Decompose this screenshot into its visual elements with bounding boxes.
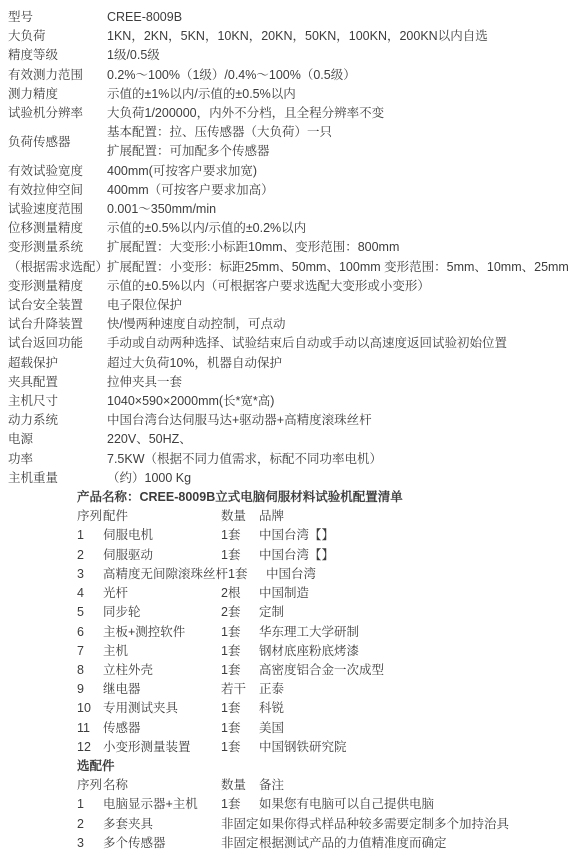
spec-value: 示值的±1%以内/示值的±0.5%以内: [107, 85, 586, 104]
row-no: 11: [77, 719, 103, 738]
row-qty: 1套: [221, 546, 259, 565]
row-no: 1: [77, 526, 103, 545]
row-no: 1: [77, 795, 103, 814]
spec-row-fixture-config: 夹具配置 拉伸夹具一套: [8, 373, 586, 392]
spec-row-speed-range: 试验速度范围 0.001～350mm/min: [8, 200, 586, 219]
row-qty: 1套: [221, 719, 259, 738]
spec-value: 电子限位保护: [107, 296, 586, 315]
spec-value: 220V、50HZ、: [107, 430, 586, 449]
row-qty: 1套: [221, 699, 259, 718]
spec-label: 精度等级: [8, 46, 107, 65]
spec-label: 试台升降装置: [8, 315, 107, 334]
spec-row-model: 型号 CREE-8009B: [8, 8, 586, 27]
spec-value: （约）1000 Kg: [107, 469, 586, 488]
spec-value-line: 扩展配置：小变形：标距25mm、50mm、100mm 变形范围：5mm、10mm…: [107, 258, 586, 277]
config-list-title: 产品名称：CREE-8009B立式电脑伺服材料试验机配置清单: [77, 488, 586, 507]
spec-value: 400mm（可按客户要求加高）: [107, 181, 586, 200]
spec-value: 超过大负荷10%，机器自动保护: [107, 354, 586, 373]
spec-row-resolution: 试验机分辨率 大负荷1/200000，内外不分档，且全程分辨率不变: [8, 104, 586, 123]
row-remark: 如果您有电脑可以自己提供电脑: [259, 795, 434, 814]
spec-label: 有效拉伸空间: [8, 181, 107, 200]
row-remark: 根据测试产品的力值精准度而确定: [259, 834, 447, 853]
config-list-header: 序列 配件 数量 品牌: [77, 507, 586, 526]
row-qty: 1套: [221, 661, 259, 680]
config-row: 8 立柱外壳 1套 高密度铝合金一次成型: [77, 661, 586, 680]
spec-row-deformation-system: 变形测量系统 （根据需求选配） 扩展配置：大变形:小标距10mm、变形范围：80…: [8, 238, 586, 276]
spec-value: 0.001～350mm/min: [107, 200, 586, 219]
config-row: 10 专用测试夹具 1套 科锐: [77, 699, 586, 718]
row-no: 3: [77, 834, 103, 853]
row-name: 立柱外壳: [103, 661, 221, 680]
row-no: 10: [77, 699, 103, 718]
row-name: 主板+测控软件: [103, 623, 221, 642]
row-name: 伺服驱动: [103, 546, 221, 565]
spec-label: 动力系统: [8, 411, 107, 430]
spec-label: 夹具配置: [8, 373, 107, 392]
spec-label: 主机重量: [8, 469, 107, 488]
config-row: 3 高精度无间隙滚珠丝杆 1套 中国台湾: [77, 565, 586, 584]
spec-table: 型号 CREE-8009B 大负荷 1KN，2KN，5KN，10KN，20KN，…: [8, 8, 586, 488]
spec-value: 快/慢两种速度自动控制，可点动: [107, 315, 586, 334]
config-row: 6 主板+测控软件 1套 华东理工大学研制: [77, 623, 586, 642]
spec-label: 超载保护: [8, 354, 107, 373]
spec-row-safety-device: 试台安全装置 电子限位保护: [8, 296, 586, 315]
row-no: 9: [77, 680, 103, 699]
config-row: 4 光杆 2根 中国制造: [77, 584, 586, 603]
spec-label: 测力精度: [8, 85, 107, 104]
row-no: 6: [77, 623, 103, 642]
spec-label: 功率: [8, 450, 107, 469]
spec-row-power-supply: 电源 220V、50HZ、: [8, 430, 586, 449]
spec-label: 变形测量系统 （根据需求选配）: [8, 238, 107, 276]
header-remark: 备注: [259, 776, 284, 795]
spec-label: 变形测量精度: [8, 277, 107, 296]
row-qty: 1套: [221, 795, 259, 814]
row-name: 主机: [103, 642, 221, 661]
row-brand: 中国钢铁研究院: [259, 738, 347, 757]
row-no: 5: [77, 603, 103, 622]
spec-row-accuracy-class: 精度等级 1级/0.5级: [8, 46, 586, 65]
row-brand: 中国台湾【】: [259, 546, 334, 565]
row-brand: 中国台湾【】: [259, 526, 334, 545]
spec-label-line: （根据需求选配）: [8, 258, 107, 277]
spec-label: 有效试验宽度: [8, 162, 107, 181]
row-no: 2: [77, 546, 103, 565]
row-qty: 1套: [221, 623, 259, 642]
row-name: 多个传感器: [103, 834, 221, 853]
header-qty: 数量: [221, 507, 259, 526]
row-remark: 如果你得式样品种较多需要定制多个加持治具: [259, 815, 509, 834]
spec-value: 示值的±0.5%以内/示值的±0.2%以内: [107, 219, 586, 238]
spec-row-force-range: 有效测力范围 0.2%～100%（1级）/0.4%～100%（0.5级）: [8, 66, 586, 85]
spec-label: 型号: [8, 8, 107, 27]
spec-value: 手动或自动两种选择、试验结束后自动或手动以高速度返回试验初始位置: [107, 334, 586, 353]
row-brand: 钢材底座粉底烤漆: [259, 642, 359, 661]
header-brand: 品牌: [259, 507, 284, 526]
config-row: 1 伺服电机 1套 中国台湾【】: [77, 526, 586, 545]
row-no: 3: [77, 565, 103, 584]
row-name: 多套夹具: [103, 815, 221, 834]
header-name: 名称: [103, 776, 221, 795]
spec-row-deformation-accuracy: 变形测量精度 示值的±0.5%以内（可根据客户要求选配大变形或小变形）: [8, 277, 586, 296]
row-brand: 正泰: [259, 680, 284, 699]
spec-label: 试台安全装置: [8, 296, 107, 315]
spec-row-power-rating: 功率 7.5KW（根据不同力值需求，标配不同功率电机）: [8, 450, 586, 469]
row-qty: 1套: [228, 565, 266, 584]
row-qty: 非固定: [221, 815, 259, 834]
spec-row-max-load: 大负荷 1KN，2KN，5KN，10KN，20KN，50KN，100KN，200…: [8, 27, 586, 46]
row-name: 电脑显示器+主机: [103, 795, 221, 814]
spec-row-overload-protection: 超载保护 超过大负荷10%，机器自动保护: [8, 354, 586, 373]
optional-row: 2 多套夹具 非固定 如果你得式样品种较多需要定制多个加持治具: [77, 815, 586, 834]
row-qty: 1套: [221, 642, 259, 661]
row-name: 传感器: [103, 719, 221, 738]
config-row: 12 小变形测量装置 1套 中国钢铁研究院: [77, 738, 586, 757]
spec-value: 扩展配置：大变形:小标距10mm、变形范围：800mm 扩展配置：小变形：标距2…: [107, 238, 586, 276]
row-name: 小变形测量装置: [103, 738, 221, 757]
spec-row-lift-device: 试台升降装置 快/慢两种速度自动控制，可点动: [8, 315, 586, 334]
header-name: 配件: [103, 507, 221, 526]
spec-value: 1级/0.5级: [107, 46, 586, 65]
config-row: 2 伺服驱动 1套 中国台湾【】: [77, 546, 586, 565]
spec-label: 位移测量精度: [8, 219, 107, 238]
spec-label: 试验机分辨率: [8, 104, 107, 123]
spec-row-machine-size: 主机尺寸 1040×590×2000mm(长*宽*高): [8, 392, 586, 411]
spec-value: 400mm(可按客户要求加宽): [107, 162, 586, 181]
spec-label-line: 变形测量系统: [8, 238, 107, 257]
optional-list-header: 序列 名称 数量 备注: [77, 776, 586, 795]
spec-value: 中国台湾台达伺服马达+驱动器+高精度滚珠丝杆: [107, 411, 586, 430]
row-qty: 非固定: [221, 834, 259, 853]
row-no: 4: [77, 584, 103, 603]
row-brand: 华东理工大学研制: [259, 623, 359, 642]
optional-row: 3 多个传感器 非固定 根据测试产品的力值精准度而确定: [77, 834, 586, 853]
row-name: 同步轮: [103, 603, 221, 622]
row-brand: 科锐: [259, 699, 284, 718]
spec-value: CREE-8009B: [107, 8, 586, 27]
optional-row: 1 电脑显示器+主机 1套 如果您有电脑可以自己提供电脑: [77, 795, 586, 814]
spec-value: 0.2%～100%（1级）/0.4%～100%（0.5级）: [107, 66, 586, 85]
spec-label: 试验速度范围: [8, 200, 107, 219]
spec-row-power-system: 动力系统 中国台湾台达伺服马达+驱动器+高精度滚珠丝杆: [8, 411, 586, 430]
row-no: 7: [77, 642, 103, 661]
row-name: 高精度无间隙滚珠丝杆: [103, 565, 228, 584]
spec-value: 基本配置：拉、压传感器（大负荷）一只 扩展配置：可加配多个传感器: [107, 123, 586, 161]
spec-label: 主机尺寸: [8, 392, 107, 411]
row-brand: 高密度铝合金一次成型: [259, 661, 384, 680]
spec-row-return-function: 试台返回功能 手动或自动两种选择、试验结束后自动或手动以高速度返回试验初始位置: [8, 334, 586, 353]
config-row: 11 传感器 1套 美国: [77, 719, 586, 738]
spec-row-displacement-accuracy: 位移测量精度 示值的±0.5%以内/示值的±0.2%以内: [8, 219, 586, 238]
row-brand: 中国台湾: [266, 565, 316, 584]
row-qty: 1套: [221, 526, 259, 545]
spec-row-force-accuracy: 测力精度 示值的±1%以内/示值的±0.5%以内: [8, 85, 586, 104]
row-no: 2: [77, 815, 103, 834]
spec-value: 拉伸夹具一套: [107, 373, 586, 392]
optional-list-title: 选配件: [77, 757, 586, 776]
header-no: 序列: [77, 507, 103, 526]
spec-label: 大负荷: [8, 27, 107, 46]
spec-row-stretch-space: 有效拉伸空间 400mm（可按客户要求加高）: [8, 181, 586, 200]
config-list-section: 产品名称：CREE-8009B立式电脑伺服材料试验机配置清单 序列 配件 数量 …: [77, 488, 586, 853]
row-brand: 中国制造: [259, 584, 309, 603]
spec-row-test-width: 有效试验宽度 400mm(可按客户要求加宽): [8, 162, 586, 181]
config-row: 5 同步轮 2套 定制: [77, 603, 586, 622]
spec-value-line: 扩展配置：可加配多个传感器: [107, 142, 586, 161]
row-name: 专用测试夹具: [103, 699, 221, 718]
row-qty: 1套: [221, 738, 259, 757]
spec-value: 1KN，2KN，5KN，10KN，20KN，50KN，100KN，200KN以内…: [107, 27, 586, 46]
row-no: 8: [77, 661, 103, 680]
spec-label: 电源: [8, 430, 107, 449]
spec-value-line: 扩展配置：大变形:小标距10mm、变形范围：800mm: [107, 238, 586, 257]
header-qty: 数量: [221, 776, 259, 795]
row-no: 12: [77, 738, 103, 757]
row-name: 光杆: [103, 584, 221, 603]
spec-value: 示值的±0.5%以内（可根据客户要求选配大变形或小变形）: [107, 277, 586, 296]
product-spec-sheet: 型号 CREE-8009B 大负荷 1KN，2KN，5KN，10KN，20KN，…: [0, 0, 586, 859]
spec-label: 有效测力范围: [8, 66, 107, 85]
config-row: 9 继电器 若干 正泰: [77, 680, 586, 699]
config-row: 7 主机 1套 钢材底座粉底烤漆: [77, 642, 586, 661]
row-qty: 2套: [221, 603, 259, 622]
spec-value-line: 基本配置：拉、压传感器（大负荷）一只: [107, 123, 586, 142]
spec-value: 大负荷1/200000，内外不分档，且全程分辨率不变: [107, 104, 586, 123]
spec-label: 负荷传感器: [8, 133, 107, 152]
spec-row-load-sensor: 负荷传感器 基本配置：拉、压传感器（大负荷）一只 扩展配置：可加配多个传感器: [8, 123, 586, 161]
row-name: 继电器: [103, 680, 221, 699]
spec-row-machine-weight: 主机重量 （约）1000 Kg: [8, 469, 586, 488]
spec-value: 1040×590×2000mm(长*宽*高): [107, 392, 586, 411]
row-qty: 若干: [221, 680, 259, 699]
spec-value: 7.5KW（根据不同力值需求，标配不同功率电机）: [107, 450, 586, 469]
row-name: 伺服电机: [103, 526, 221, 545]
row-brand: 美国: [259, 719, 284, 738]
row-qty: 2根: [221, 584, 259, 603]
row-brand: 定制: [259, 603, 284, 622]
spec-label: 试台返回功能: [8, 334, 107, 353]
header-no: 序列: [77, 776, 103, 795]
